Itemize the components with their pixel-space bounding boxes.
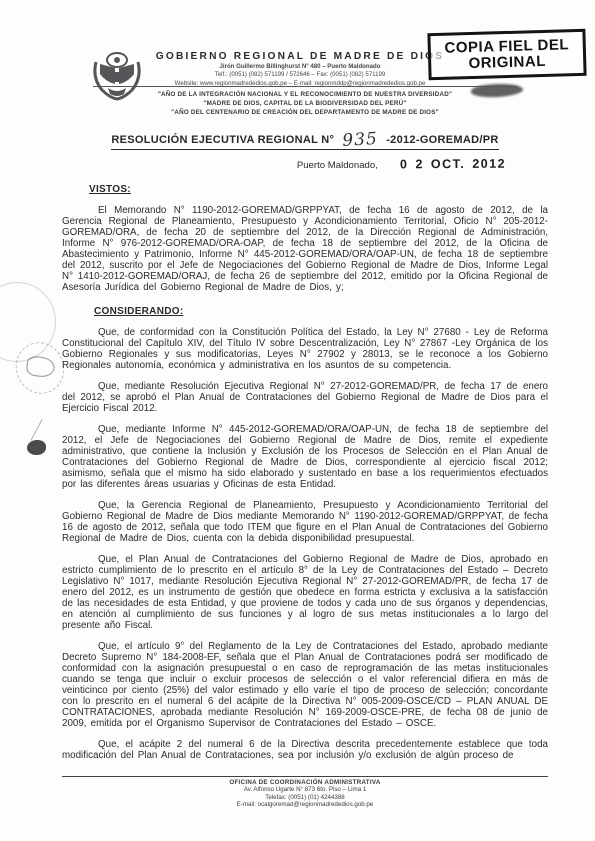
dateline-place: Puerto Maldonado, [297,160,378,171]
copia-fiel-stamp: COPIA FIEL DEL ORIGINAL [427,29,586,80]
footer-telefax: Telefax: (0051) (01) 4244388 [62,794,548,802]
vistos-paragraph: El Memorando N° 1190-2012-GOREMAD/GRPPYA… [62,205,548,293]
considerando-paragraph-4: Que, la Gerencia Regional de Planeamient… [62,500,548,544]
motto-line-2: "MADRE DE DIOS, CAPITAL DE LA BIODIVERSI… [62,99,548,108]
motto-line-3: "AÑO DEL CENTENARIO DE CREACIÓN DEL DEPA… [62,108,548,117]
org-name: GOBIERNO REGIONAL DE MADRE DE DIOS [150,51,450,62]
org-phone-line: Telf.: (0051) (082) 571199 / 572646 – Fa… [150,71,450,78]
footer-office-name: OFICINA DE COORDINACIÓN ADMINISTRATIVA [62,779,548,787]
footer-email: E-mail: ocalgoremad@regionmadrededios.go… [62,801,548,809]
page-footer: OFICINA DE COORDINACIÓN ADMINISTRATIVA A… [62,776,548,809]
org-address-line: Jirón Guillermo Billinghurst N° 480 – Pu… [150,63,450,70]
motto-line-1: "AÑO DE LA INTEGRACIÓN NACIONAL Y EL REC… [62,90,548,99]
resolution-title: RESOLUCIÓN EJECUTIVA REGIONAL N°935-2012… [111,128,498,150]
footer-divider [62,776,548,777]
considerando-paragraph-2: Que, mediante Resolución Ejecutiva Regio… [62,381,548,414]
scanned-document-page: GOBIERNO REGIONAL DE MADRE DE DIOS Jirón… [0,0,595,841]
footer-address: Av. Alfonso Ugarte N° 873 6to. Piso – Li… [62,786,548,794]
letterhead: GOBIERNO REGIONAL DE MADRE DE DIOS Jirón… [150,51,450,87]
considerando-heading: CONSIDERANDO: [94,306,548,317]
header-divider [93,86,517,87]
resolution-title-suffix: -2012-GOREMAD/PR [386,134,498,146]
considerando-paragraph-5: Que, el Plan Anual de Contrataciones del… [62,554,548,631]
resolution-title-line: RESOLUCIÓN EJECUTIVA REGIONAL N°935-2012… [62,128,548,150]
vistos-heading: VISTOS: [89,184,548,195]
document-body: "AÑO DE LA INTEGRACIÓN NACIONAL Y EL REC… [62,86,548,761]
considerando-paragraph-6: Que, el artículo 9° del Reglamento de la… [62,641,548,729]
considerando-paragraph-7: Que, el acápite 2 del numeral 6 de la Di… [62,739,548,761]
resolution-number-handwritten: 935 [334,128,387,151]
considerando-paragraph-3: Que, mediante Informe N° 445-2012-GOREMA… [62,424,548,490]
resolution-title-prefix: RESOLUCIÓN EJECUTIVA REGIONAL N° [111,134,334,146]
date-stamp: 0 2 OCT. 2012 [400,156,506,171]
margin-ink-blob [27,440,46,455]
dateline: Puerto Maldonado, 0 2 OCT. 2012 [62,157,548,171]
considerando-paragraph-1: Que, de conformidad con la Constitución … [62,327,548,371]
